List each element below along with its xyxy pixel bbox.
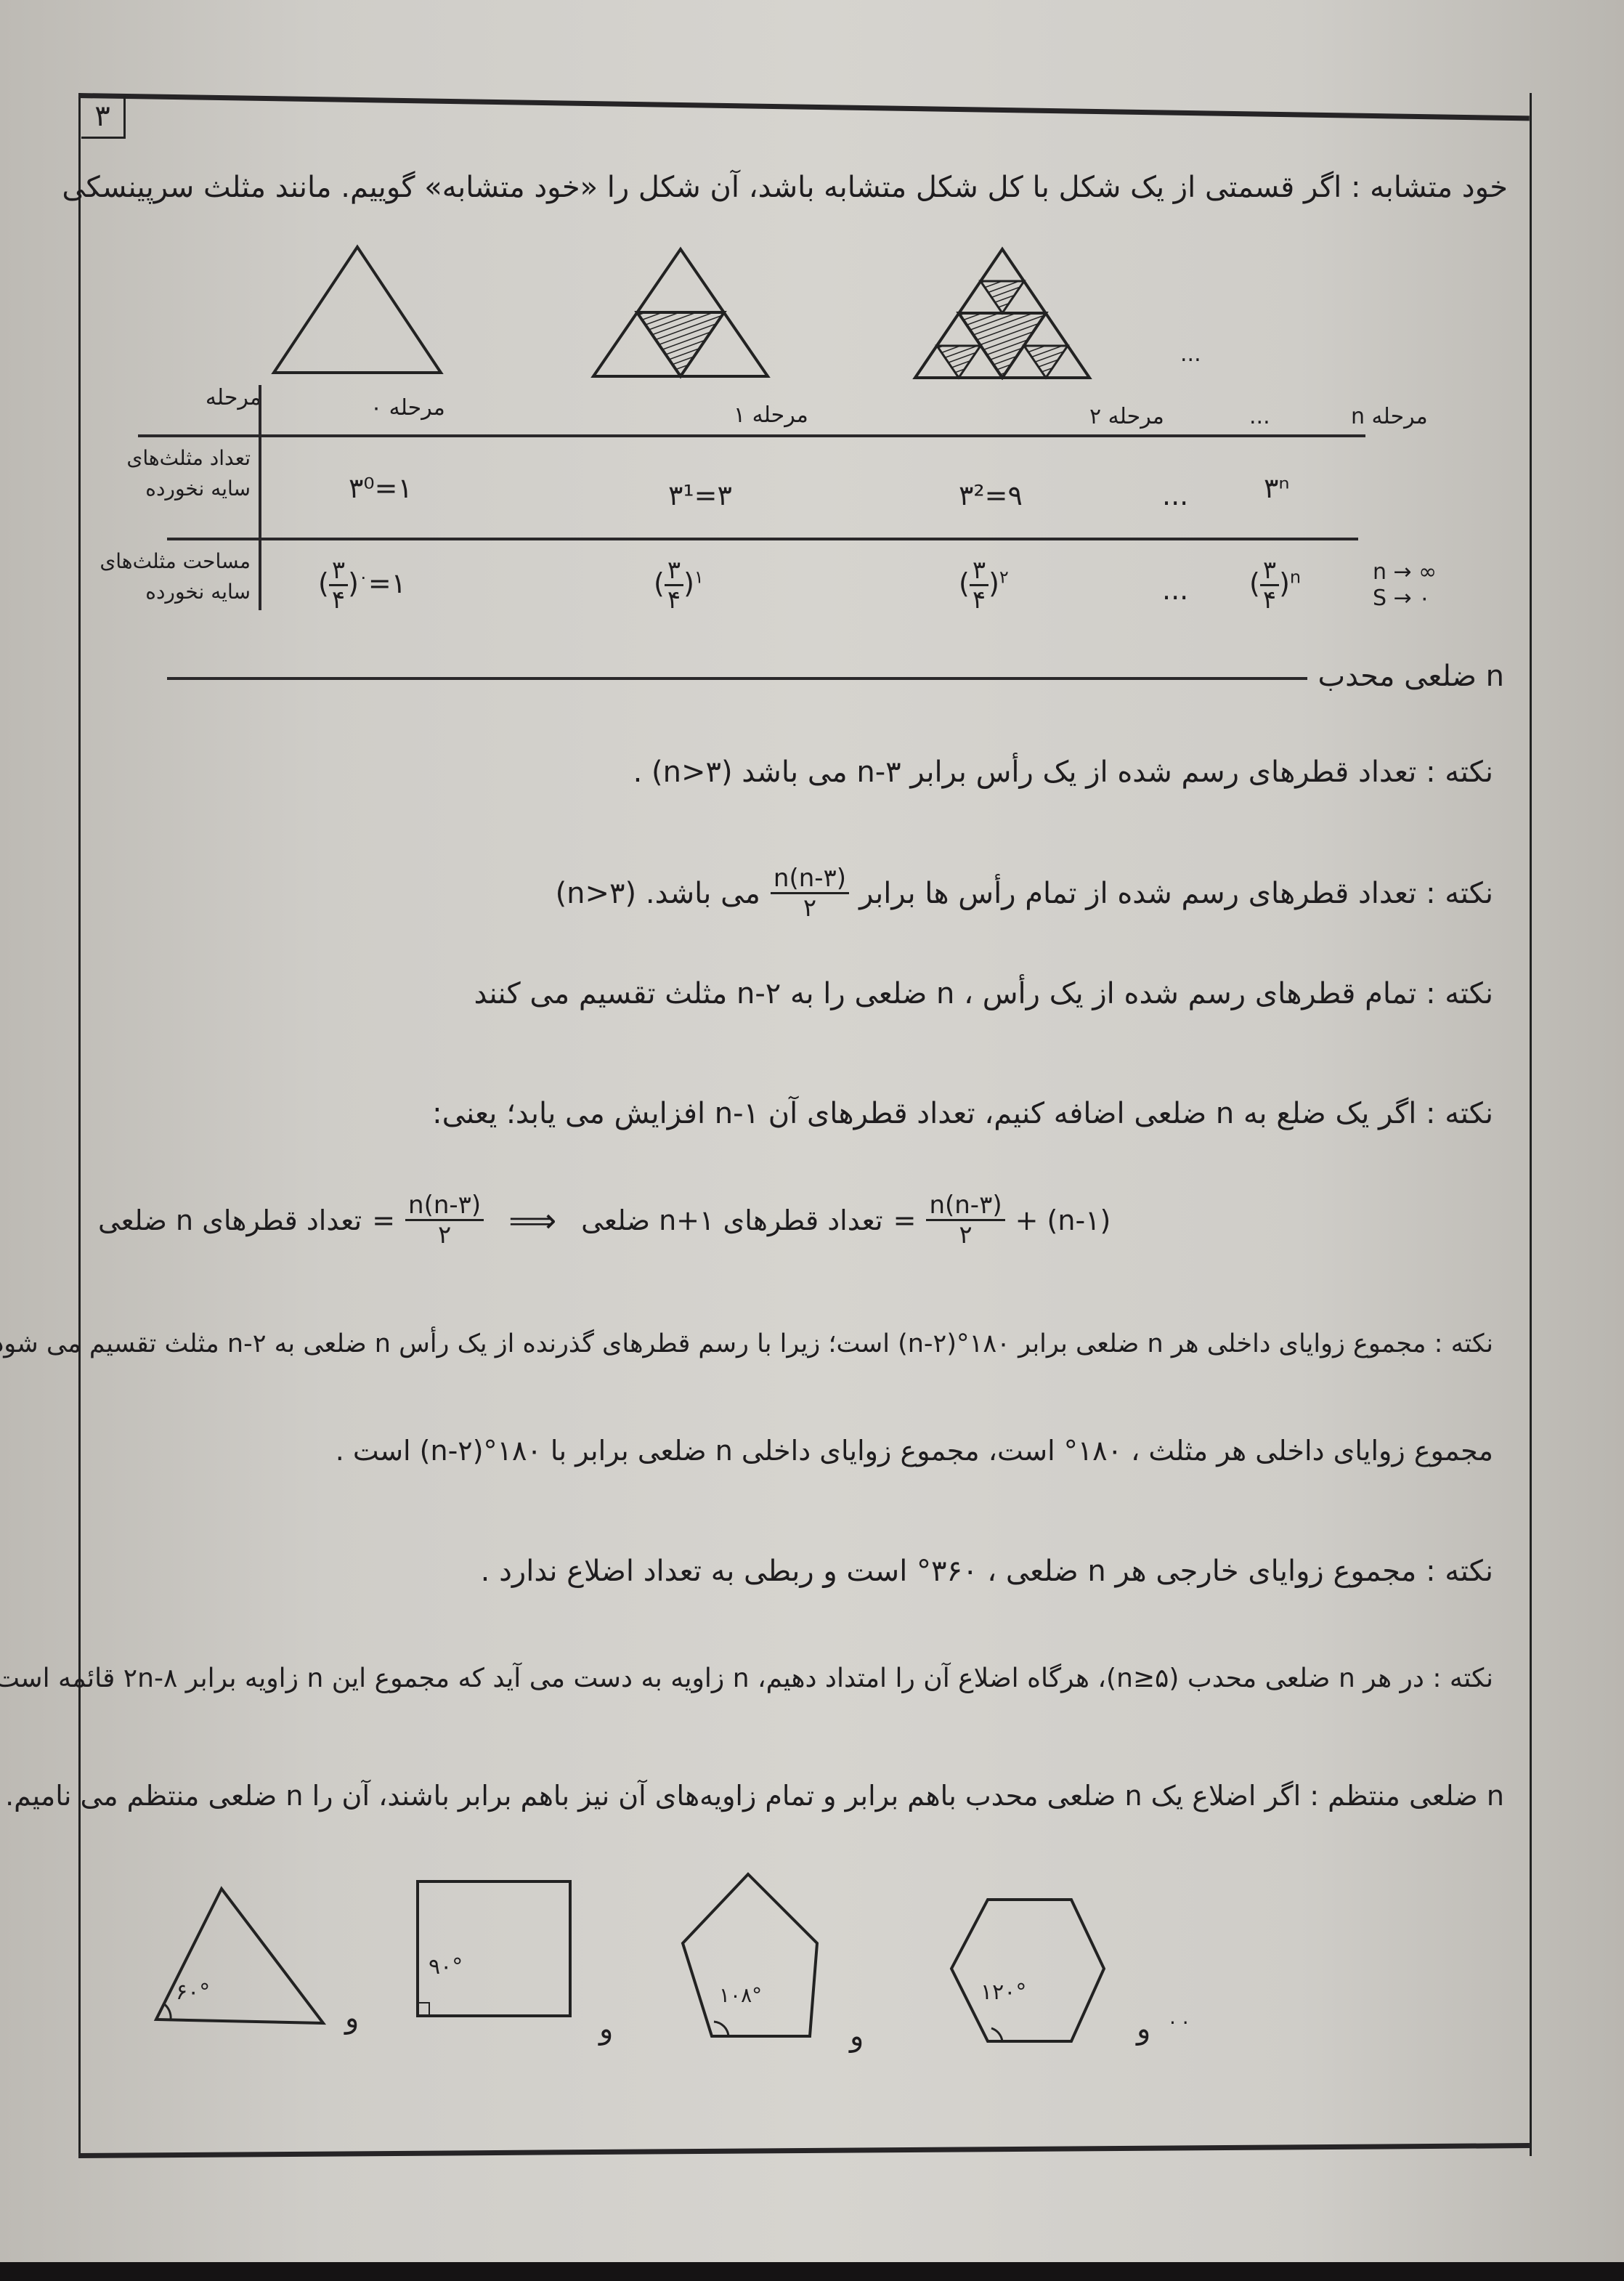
limit-note: n → ∞ S → ۰: [1373, 559, 1437, 612]
separator: و: [1137, 2012, 1150, 2046]
trailing-ellipsis: . .: [1169, 2005, 1189, 2029]
pentagon-angle: ۱۰۸°: [719, 1983, 762, 2007]
table-row-divider: [167, 538, 1358, 540]
diagonals-formula: تعداد قطرهای n ضلعی = n(n-۳)۲ ⟹ تعداد قط…: [98, 1191, 1111, 1249]
row-label-area: مساحت مثلث‌های سایه نخورده: [87, 546, 251, 607]
section-divider: [167, 677, 1307, 680]
table-label-divider: [259, 385, 261, 610]
area-stage-1: (۳۴)۱: [654, 556, 704, 614]
regular-polygon-shapes: ۶۰° و ۹۰° و ۱۰۸° و ۱۲۰° و . .: [145, 1867, 1235, 2056]
convex-polygon-heading: n ضلعی محدب: [1318, 660, 1504, 693]
note-extended-sides: نکته : در هر n ضلعی محدب (n≥۵)، هرگاه اض…: [0, 1664, 1493, 1693]
table-header-divider: [138, 434, 1365, 437]
sierpinski-stage-1: [590, 246, 771, 383]
column-stage-0: مرحله ۰: [370, 395, 445, 421]
table-header-label: مرحله: [206, 385, 261, 410]
note-diagonals-all-vertices: نکته : تعداد قطرهای رسم شده از تمام رأس …: [556, 864, 1493, 922]
separator: و: [345, 2001, 359, 2035]
note-interior-angles: نکته : مجموع زوایای داخلی هر n ضلعی براب…: [0, 1329, 1493, 1358]
regular-square: [414, 1878, 574, 2023]
sierpinski-stage-0: [270, 243, 444, 381]
column-stage-2: مرحله ۲: [1089, 404, 1164, 429]
area-stage-0: (۳۴)۰=۱: [318, 556, 406, 614]
count-stage-2: ۳²=۹: [959, 479, 1023, 511]
table-shadow: [0, 2262, 1624, 2281]
column-stage-1: مرحله ۱: [734, 402, 808, 428]
note-diagonals-one-vertex: نکته : تعداد قطرهای رسم شده از یک رأس بر…: [633, 755, 1493, 789]
implies-arrow-icon: ⟹: [508, 1201, 556, 1240]
column-ellipsis: ...: [1249, 404, 1270, 429]
note-exterior-angles: نکته : مجموع زوایای خارجی هر n ضلعی ، ۳۶…: [481, 1555, 1493, 1588]
area-ellipsis: ...: [1162, 574, 1188, 606]
row-label-count: تعداد مثلث‌های سایه نخورده: [98, 443, 251, 504]
count-stage-n: ۳ⁿ: [1264, 472, 1290, 504]
count-ellipsis: ...: [1162, 479, 1188, 511]
column-stage-n: مرحله n: [1351, 404, 1428, 429]
count-stage-0: ۳⁰=۱: [349, 472, 413, 504]
self-similar-definition: خود متشابه : اگر قسمتی از یک شکل با کل ش…: [62, 171, 1508, 204]
separator: و: [850, 2019, 864, 2053]
area-stage-n: (۳۴)n: [1249, 556, 1301, 614]
regular-hexagon: [948, 1896, 1108, 2049]
regular-polygon-definition: n ضلعی منتظم : اگر اضلاع یک n ضلعی محدب …: [5, 1780, 1504, 1812]
page-number: ۳: [81, 96, 126, 139]
separator: و: [599, 2012, 613, 2046]
regular-triangle: [153, 1885, 327, 2030]
sierpinski-table: مرحله مرحله ۰ مرحله ۱ مرحله ۲ ... مرحله …: [87, 385, 1489, 625]
diagonals-fraction: n(n-۳)۲: [771, 864, 849, 922]
regular-pentagon: [679, 1871, 824, 2041]
count-stage-1: ۳¹=۳: [668, 479, 732, 511]
triangle-angle: ۶۰°: [176, 1980, 210, 2005]
area-stage-2: (۳۴)۲: [959, 556, 1009, 614]
note-add-side: نکته : اگر یک ضلع به n ضلعی اضافه کنیم، …: [432, 1097, 1493, 1130]
figures-ellipsis: ...: [1180, 341, 1201, 367]
note-interior-angles-cont: مجموع زوایای داخلی هر مثلث ، ۱۸۰° است، م…: [336, 1435, 1493, 1467]
square-angle: ۹۰°: [429, 1954, 463, 1980]
sierpinski-stage-2: [912, 246, 1093, 383]
note-triangulation: نکته : تمام قطرهای رسم شده از یک رأس ، n…: [474, 977, 1493, 1010]
hexagon-angle: ۱۲۰°: [981, 1980, 1026, 2005]
